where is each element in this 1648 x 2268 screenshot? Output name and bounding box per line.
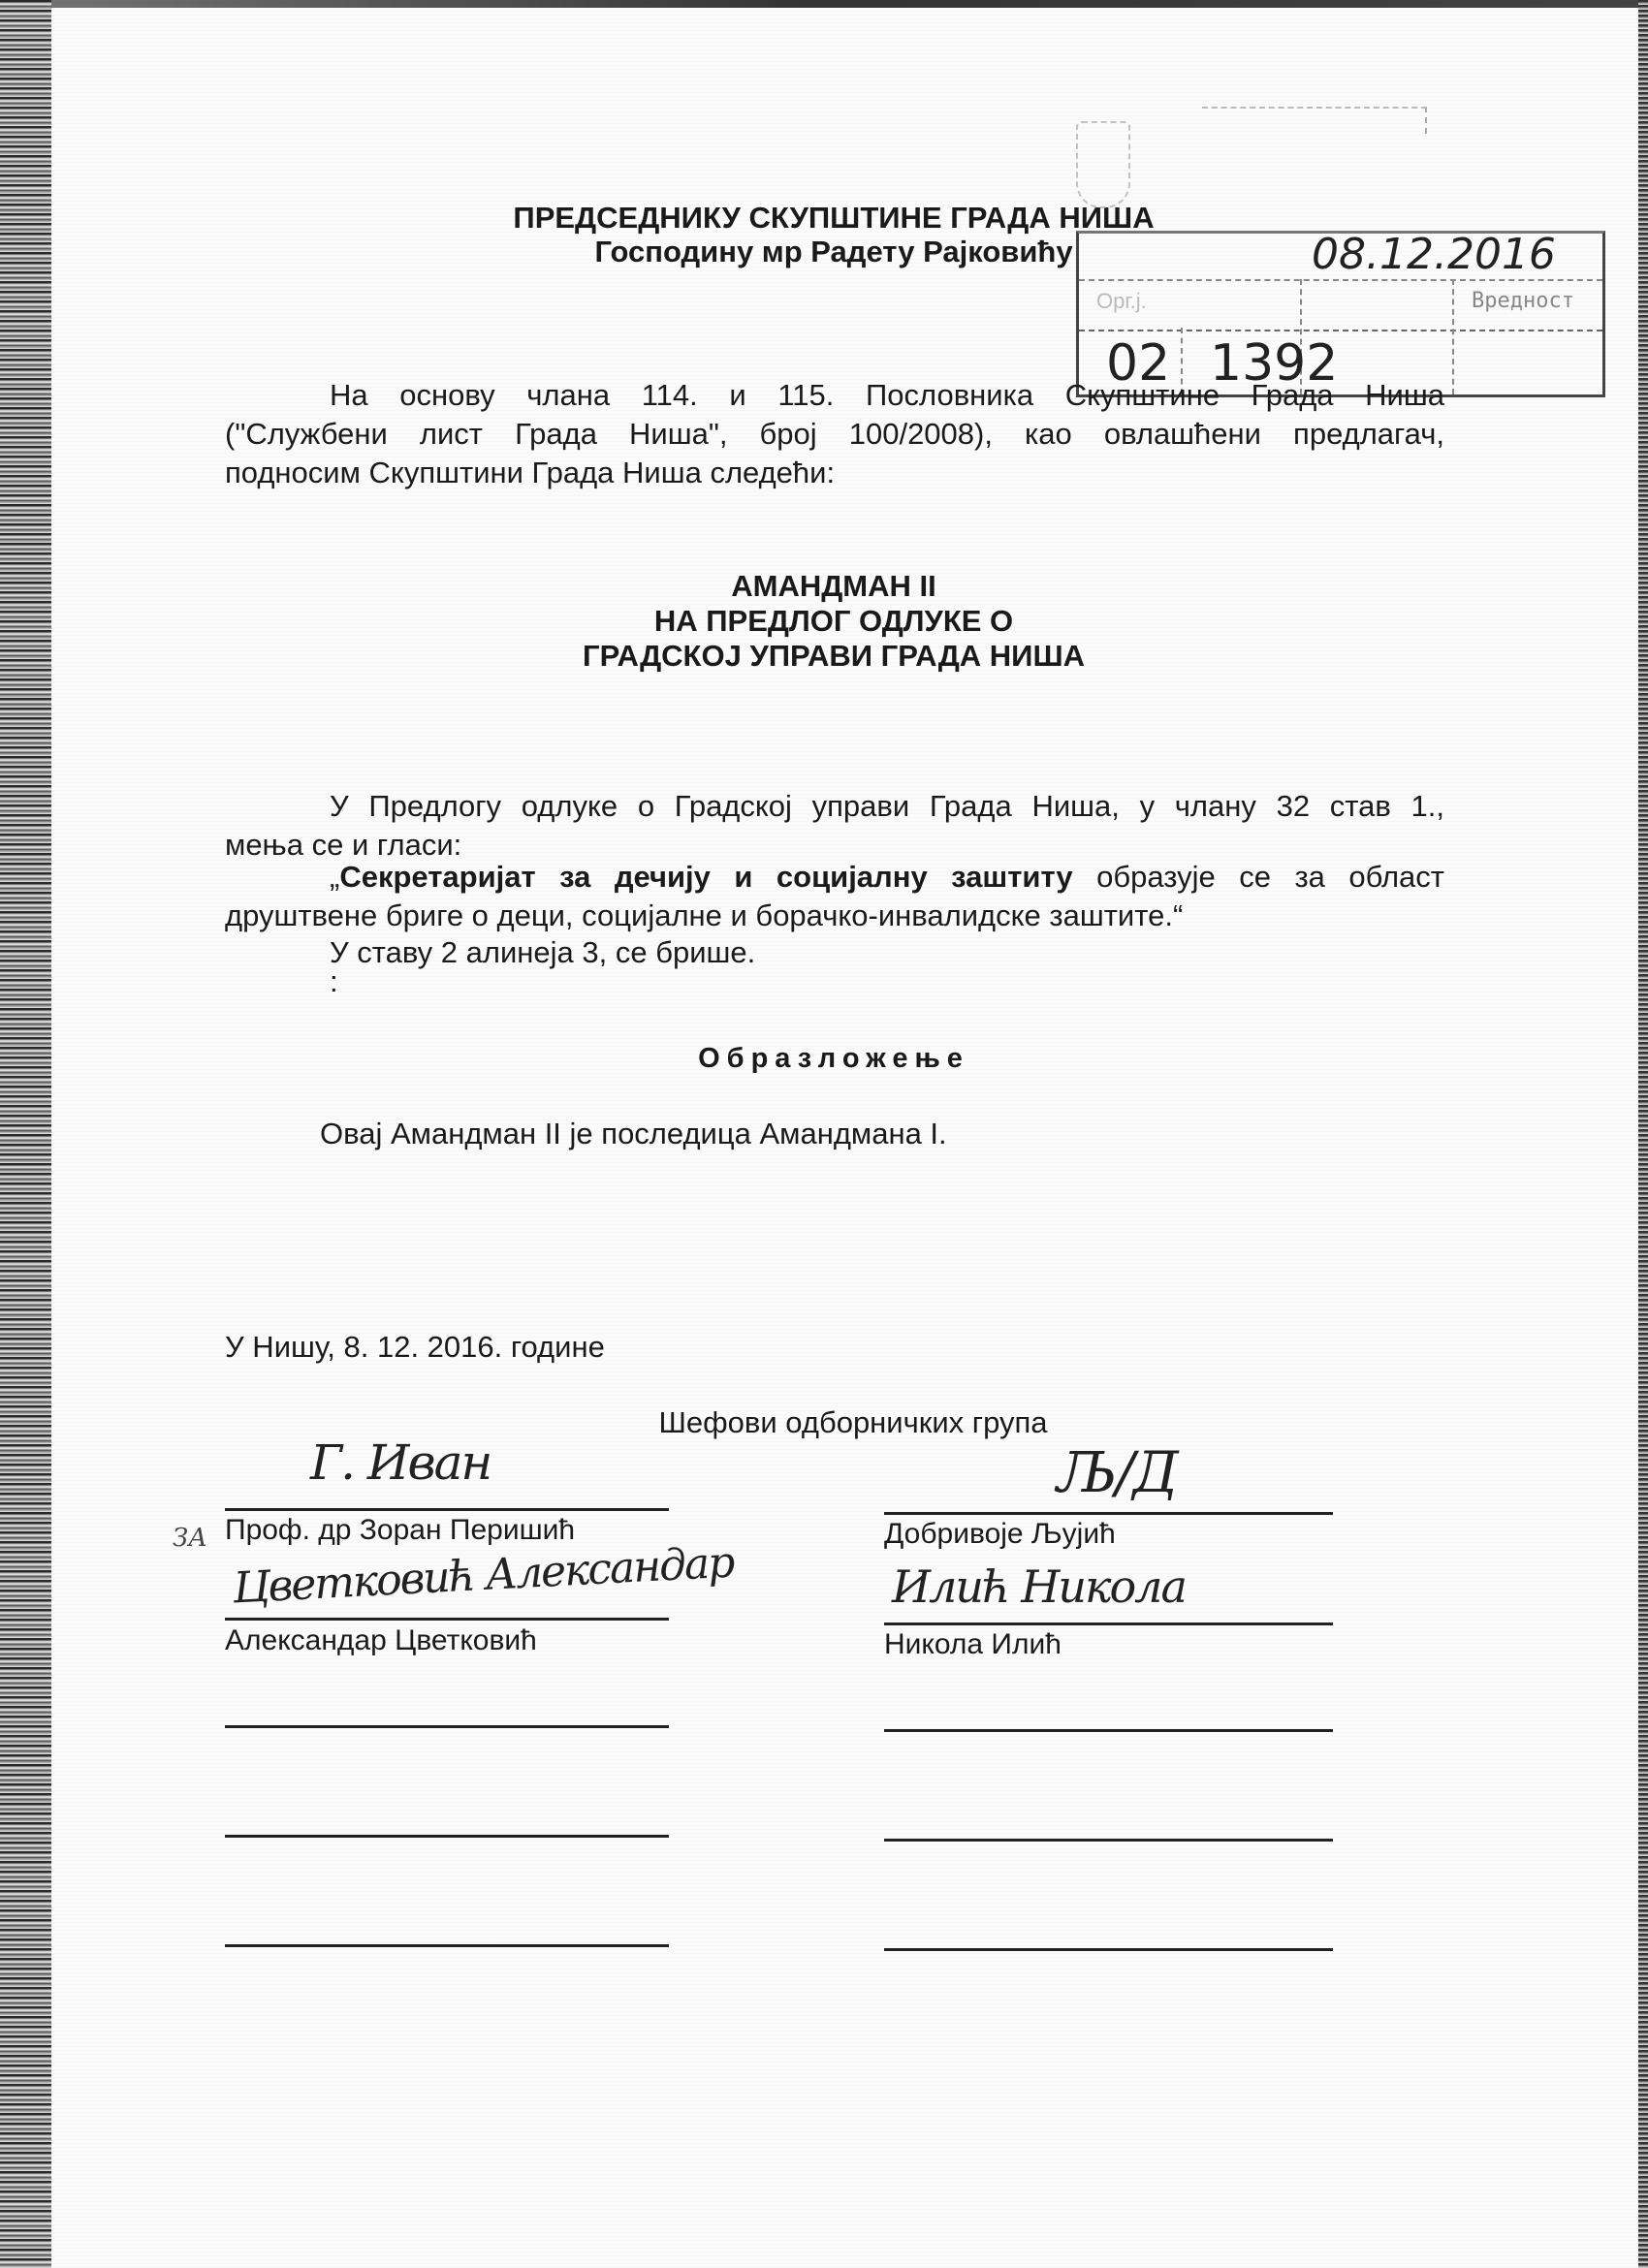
intro-line-1: На основу члана 114. и 115. Пословника С… (330, 376, 1444, 415)
intro-line-2: ("Службени лист Града Ниша", број 100/20… (225, 415, 1444, 454)
signature-line (884, 1622, 1333, 1625)
title-line-3: ГРАДСКОЈ УПРАВИ ГРАДА НИША (465, 640, 1202, 673)
stamp-header-faded (1202, 107, 1427, 134)
signature-line (225, 1835, 669, 1838)
scan-edge-top (0, 0, 1648, 8)
stamp-label-row: Орг.ј. Вредност (1079, 279, 1602, 331)
signatory-name: Добривоје Љујић (884, 1518, 1116, 1551)
title-line-2: НА ПРЕДЛОГ ОДЛУКЕ О (465, 605, 1202, 638)
coat-of-arms-icon (1076, 121, 1130, 208)
body-line-1: У Предлогу одлуке о Градској управи Град… (330, 787, 1444, 826)
stamp-label-value: Вредност (1472, 289, 1574, 313)
signatory-name: Александар Цветковић (225, 1624, 537, 1657)
registry-stamp: 08.12.2016 Орг.ј. Вредност 02 1392 (1076, 231, 1605, 397)
stamp-date: 08.12.2016 (1312, 230, 1556, 279)
signature-cvetkovic: Цветковић Александар (232, 1538, 735, 1614)
place-date: У Нишу, 8. 12. 2016. године (225, 1328, 903, 1367)
signature-perisic: Г. Иван (310, 1434, 491, 1491)
scan-edge-right (1638, 0, 1648, 2268)
body-line-6: : (330, 962, 427, 1001)
handwritten-prefix: ЗА (173, 1524, 207, 1553)
signature-line (225, 1944, 669, 1947)
rationale-heading: Образложење (465, 1042, 1202, 1075)
signature-line (884, 1512, 1333, 1515)
stamp-label-org: Орг.ј. (1096, 289, 1147, 314)
secretariat-name: Секретаријат за дечију и социјалну зашти… (339, 860, 1072, 894)
body-quote-line-1: „Секретаријат за дечију и социјалну зашт… (330, 858, 1444, 897)
signatures-heading: Шефови одборничких група (582, 1403, 1125, 1442)
signature-ljujic: Љ/Д (1057, 1439, 1177, 1505)
signature-ilic: Илић Никола (892, 1560, 1186, 1613)
signature-line (225, 1725, 669, 1728)
body-quote-line-2: друштвене бриге о деци, социјалне и бора… (225, 897, 1444, 935)
signature-line (225, 1618, 669, 1621)
title-line-1: АМАНДМАН II (465, 570, 1202, 603)
rationale-text: Овај Амандман II је последица Амандмана … (320, 1115, 1386, 1153)
signatory-name: Никола Илић (884, 1628, 1062, 1661)
signature-line (225, 1508, 669, 1511)
intro-line-3: подносим Скупштини Града Ниша следећи: (225, 454, 1444, 492)
body-line-5: У ставу 2 алинеја 3, се брише. (330, 933, 1444, 972)
signature-line (884, 1729, 1333, 1732)
signature-line (884, 1839, 1333, 1842)
scan-edge-left (0, 0, 51, 2268)
signature-line (884, 1948, 1333, 1951)
signatory-name: Проф. др Зоран Перишић (225, 1514, 575, 1547)
